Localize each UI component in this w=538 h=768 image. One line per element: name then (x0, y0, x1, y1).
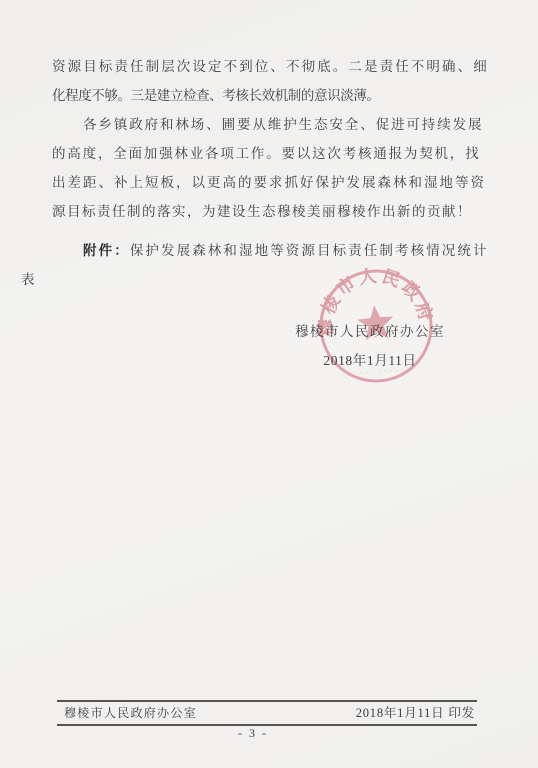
attachment-label: 附件： (83, 243, 130, 258)
footer-rule-top (57, 700, 477, 702)
signature-office: 穆棱市人民政府办公室 (293, 317, 447, 346)
body-line: 的高度，全面加强林业各项工作。要以这次考核通报为契机，找 (52, 139, 489, 168)
body-text: 资源目标责任制层次设定不到位、不彻底。二是责任不明确、细 化程度不够。三是建立检… (52, 52, 489, 226)
body-line: 资源目标责任制层次设定不到位、不彻底。二是责任不明确、细 (52, 52, 489, 81)
attachment-line-wrap: 表 (21, 265, 489, 294)
signature-date: 2018年1月11日 (293, 346, 447, 375)
attachment-title-continued: 表 (21, 272, 35, 287)
attachment-title: 保护发展森林和湿地等资源目标责任制考核情况统计 (130, 243, 489, 258)
attachment-line: 附件：保护发展森林和湿地等资源目标责任制考核情况统计 (52, 236, 489, 265)
body-line: 化程度不够。三是建立检查、考核长效机制的意识淡薄。 (52, 81, 489, 110)
page-number: - 3 - (238, 726, 268, 741)
scanned-document-page: 资源目标责任制层次设定不到位、不彻底。二是责任不明确、细 化程度不够。三是建立检… (0, 0, 538, 768)
body-line: 出差距、补上短板，以更高的要求抓好保护发展森林和湿地等资 (52, 168, 489, 197)
footer-office: 穆棱市人民政府办公室 (64, 705, 197, 721)
footer-print-date: 2018年1月11日 印发 (356, 705, 475, 721)
attachment-note: 附件：保护发展森林和湿地等资源目标责任制考核情况统计 表 (52, 236, 489, 294)
signature-block: 穆棱市人民政府办公室 2018年1月11日 (293, 317, 447, 375)
body-line: 源目标责任制的落实，为建设生态穆棱美丽穆棱作出新的贡献！ (52, 197, 489, 226)
body-line: 各乡镇政府和林场、圃要从维护生态安全、促进可持续发展 (52, 110, 489, 139)
